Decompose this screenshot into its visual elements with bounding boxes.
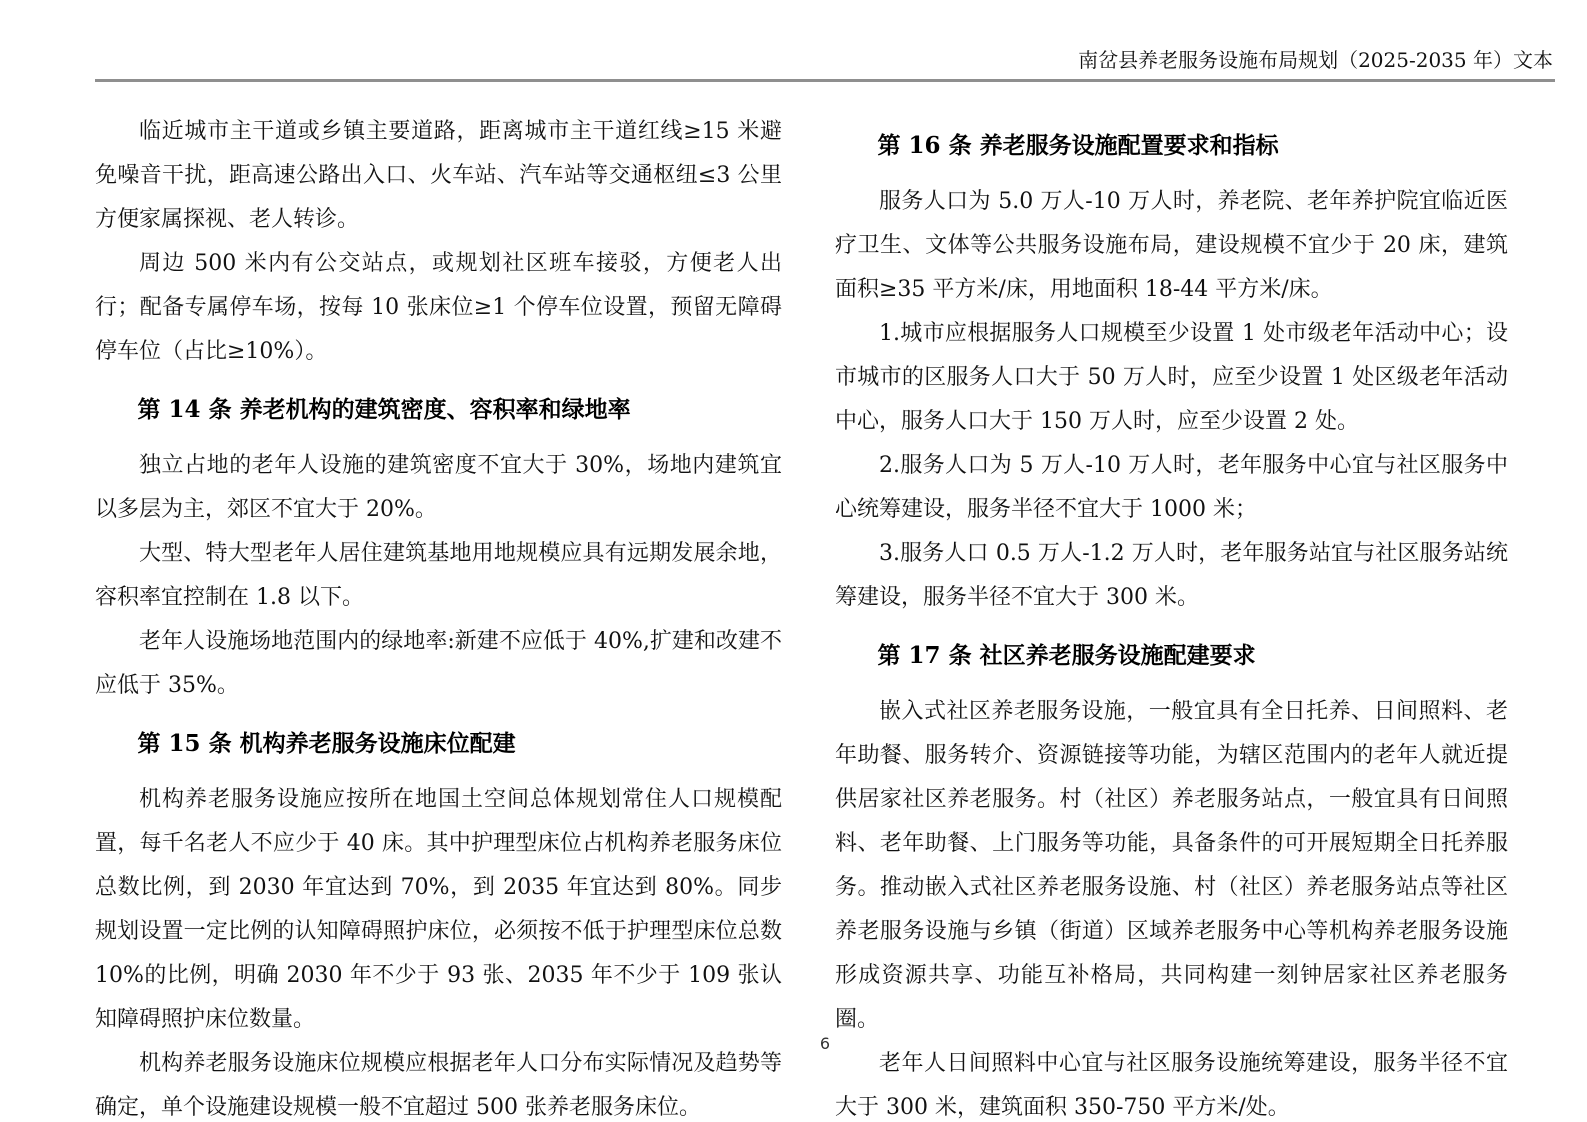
body-paragraph: 嵌入式社区养老服务设施，一般宜具有全日托养、日间照料、老年助餐、服务转介、资源链… [835, 690, 1508, 1042]
header-divider [95, 79, 1555, 82]
body-paragraph: 独立占地的老年人设施的建筑密度不宜大于 30%，场地内建筑宜以多层为主，郊区不宜… [95, 444, 782, 532]
body-paragraph: 机构养老服务设施应按所在地国土空间总体规划常住人口规模配置，每千名老人不应少于 … [95, 778, 782, 1042]
left-column: 临近城市主干道或乡镇主要道路，距离城市主干道红线≥15 米避免噪音干扰，距高速公… [95, 110, 782, 1122]
body-paragraph: 3.服务人口 0.5 万人-1.2 万人时，老年服务站宜与社区服务站统筹建设，服… [835, 532, 1508, 620]
content-columns: 临近城市主干道或乡镇主要道路，距离城市主干道红线≥15 米避免噪音干扰，距高速公… [95, 110, 1508, 1122]
body-paragraph: 老年人日间照料中心宜与社区服务设施统筹建设，服务半径不宜大于 300 米，建筑面… [835, 1042, 1508, 1122]
document-page: 南岔县养老服务设施布局规划（2025-2035 年）文本 临近城市主干道或乡镇主… [0, 0, 1587, 1122]
page-number: 6 [820, 1034, 830, 1053]
article-heading-17: 第 17 条 社区养老服务设施配建要求 [835, 634, 1508, 678]
page-header: 南岔县养老服务设施布局规划（2025-2035 年）文本 [95, 0, 1555, 82]
body-paragraph: 服务人口为 5.0 万人-10 万人时，养老院、老年养护院宜临近医疗卫生、文体等… [835, 180, 1508, 312]
right-column: 第 16 条 养老服务设施配置要求和指标 服务人口为 5.0 万人-10 万人时… [835, 110, 1508, 1122]
article-heading-15: 第 15 条 机构养老服务设施床位配建 [95, 722, 782, 766]
body-paragraph: 周边 500 米内有公交站点，或规划社区班车接驳，方便老人出行；配备专属停车场，… [95, 242, 782, 374]
header-title: 南岔县养老服务设施布局规划（2025-2035 年）文本 [95, 0, 1555, 79]
article-heading-14: 第 14 条 养老机构的建筑密度、容积率和绿地率 [95, 388, 782, 432]
body-paragraph: 1.城市应根据服务人口规模至少设置 1 处市级老年活动中心；设市城市的区服务人口… [835, 312, 1508, 444]
page-footer: 6 [95, 1034, 1555, 1053]
body-paragraph: 临近城市主干道或乡镇主要道路，距离城市主干道红线≥15 米避免噪音干扰，距高速公… [95, 110, 782, 242]
body-paragraph: 2.服务人口为 5 万人-10 万人时，老年服务中心宜与社区服务中心统筹建设，服… [835, 444, 1508, 532]
body-paragraph: 老年人设施场地范围内的绿地率:新建不应低于 40%,扩建和改建不应低于 35%。 [95, 620, 782, 708]
body-paragraph: 大型、特大型老年人居住建筑基地用地规模应具有远期发展余地，容积率宜控制在 1.8… [95, 532, 782, 620]
article-heading-16: 第 16 条 养老服务设施配置要求和指标 [835, 124, 1508, 168]
body-paragraph: 机构养老服务设施床位规模应根据老年人口分布实际情况及趋势等确定，单个设施建设规模… [95, 1042, 782, 1122]
